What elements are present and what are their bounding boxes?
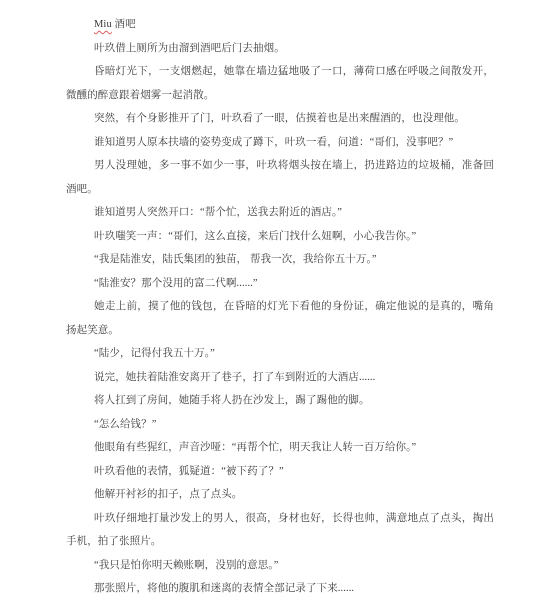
- story-paragraph[interactable]: 那张照片，将他的腹肌和迷离的表情全部记录了下来......: [66, 577, 494, 601]
- story-paragraph[interactable]: 叶玖看他的表情，狐疑道：“被下药了？”: [66, 460, 494, 484]
- story-paragraph[interactable]: 谁知道男人原本扶墙的姿势变成了蹲下，叶玖一看，问道：“哥们，没事吧？”: [66, 131, 494, 155]
- story-paragraph[interactable]: 谁知道男人突然开口：“帮个忙，送我去附近的酒店。”: [66, 201, 494, 225]
- story-paragraph[interactable]: 叶玖嗤笑一声：“哥们，这么直接，来后门找什么妞啊，小心我告你。”: [66, 225, 494, 249]
- story-title[interactable]: Miu 酒吧: [66, 13, 494, 37]
- story-paragraph[interactable]: 他解开衬衫的扣子，点了点头。: [66, 483, 494, 507]
- story-paragraph[interactable]: 叶玖借上厕所为由溜到酒吧后门去抽烟。: [66, 37, 494, 61]
- story-paragraph[interactable]: “我是陆淮安，陆氏集团的独苗， 帮我一次，我给你五十万。”: [66, 248, 494, 272]
- story-paragraph[interactable]: “我只是怕你明天赖账啊，没别的意思。”: [66, 554, 494, 578]
- story-title-rest: 酒吧: [112, 19, 136, 30]
- story-paragraph[interactable]: 昏暗灯光下，一支烟燃起，她靠在墙边猛地吸了一口，薄荷口感在呼吸之间散发开，微醺的…: [66, 60, 494, 107]
- story-paragraph[interactable]: “陆淮安？那个没用的富二代啊......”: [66, 272, 494, 296]
- story-paragraph[interactable]: 叶玖仔细地打量沙发上的男人，很高，身材也好，长得也帅，满意地点了点头，掏出手机，…: [66, 507, 494, 554]
- story-paragraph[interactable]: 他眼角有些猩红，声音沙哑：“再帮个忙，明天我让人转一百万给你。”: [66, 436, 494, 460]
- document-page[interactable]: Miu 酒吧 叶玖借上厕所为由溜到酒吧后门去抽烟。昏暗灯光下，一支烟燃起，她靠在…: [0, 0, 560, 603]
- story-paragraph[interactable]: 突然，有个身影推开了门，叶玖看了一眼，估摸着也是出来醒酒的，也没理他。: [66, 107, 494, 131]
- story-paragraph[interactable]: “怎么给钱？”: [66, 413, 494, 437]
- story-paragraph[interactable]: 将人扛到了房间，她随手将人扔在沙发上，踢了踢他的脚。: [66, 389, 494, 413]
- spellcheck-flagged-word: Miu: [94, 19, 112, 30]
- story-paragraph[interactable]: 男人没理她，多一事不如少一事，叶玖将烟头按在墙上，扔进路边的垃圾桶，准备回酒吧。: [66, 154, 494, 201]
- story-body: 叶玖借上厕所为由溜到酒吧后门去抽烟。昏暗灯光下，一支烟燃起，她靠在墙边猛地吸了一…: [66, 37, 494, 601]
- story-paragraph[interactable]: “陆少，记得付我五十万。”: [66, 342, 494, 366]
- story-paragraph[interactable]: 说完，她扶着陆淮安离开了巷子，打了车到附近的大酒店......: [66, 366, 494, 390]
- story-paragraph[interactable]: 她走上前，摸了他的钱包，在昏暗的灯光下看他的身份证，确定他说的是真的，嘴角扬起笑…: [66, 295, 494, 342]
